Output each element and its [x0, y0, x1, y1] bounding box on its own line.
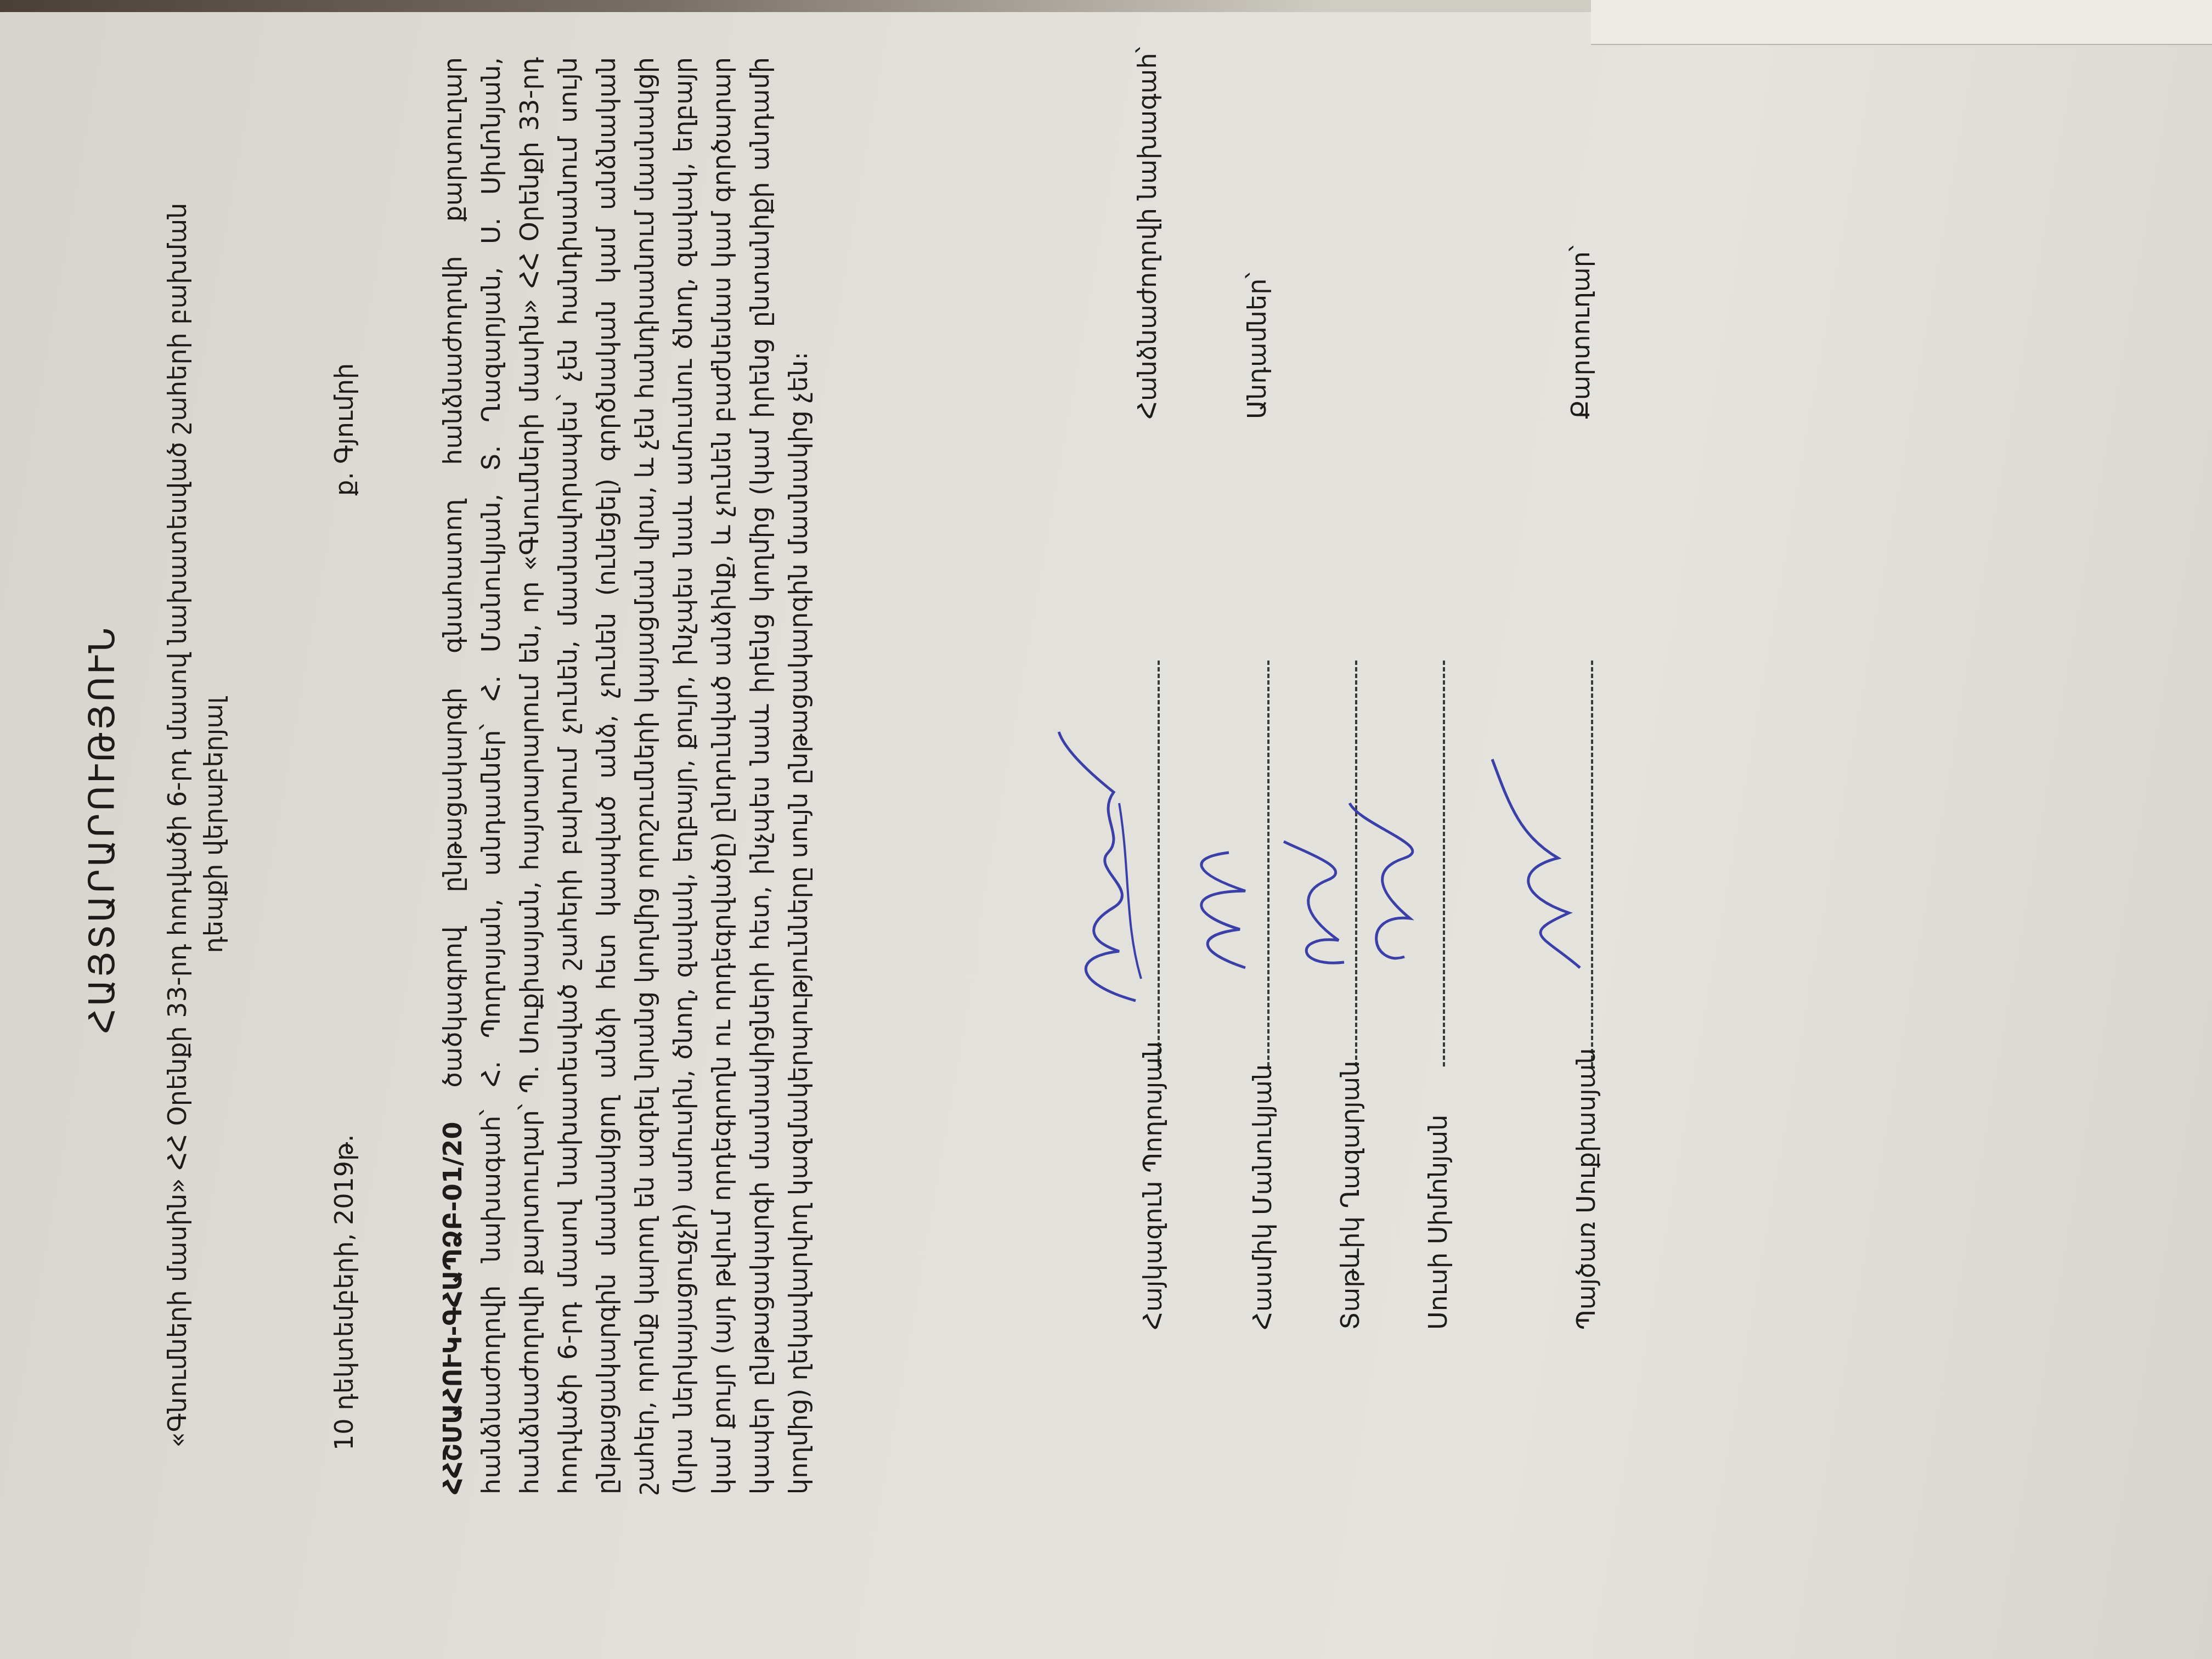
chair-name: Հայկազուն Պողոսյան	[1138, 1041, 1167, 1330]
signature-line	[1591, 661, 1593, 1066]
document-title: ՀԱՅՏԱՐԱՐՈՒԹՅՈՒՆ	[82, 0, 123, 1659]
reference-code: ՀՀՇՄԱՀՈՒԿ-ԳՀԱՊՁԲ-01/20	[438, 1122, 467, 1495]
subtitle-line-1: «Գնումների մասին» ՀՀ Օրենքի 33-րդ հոդված…	[159, 112, 195, 1538]
signature-chair	[1053, 726, 1158, 1034]
document-date: 10 դեկտեմբերի, 2019թ.	[329, 1134, 359, 1451]
announcement-page: ՀԱՅՏԱՐԱՐՈՒԹՅՈՒՆ «Գնումների մասին» ՀՀ Օրե…	[0, 0, 2212, 1659]
body-text: ծածկագրով ընթացակարգի գնահատող հանձնաժող…	[438, 57, 813, 1494]
secretary-name: Պայծառ Սուքիասյան	[1571, 1048, 1601, 1330]
subtitle-line-2: դեպքի վերաբերյալ	[195, 112, 232, 1538]
document-place: ք. Գյումրի	[329, 363, 359, 496]
members-label: Անդամներ՝	[1240, 35, 1274, 419]
document-subtitle: «Գնումների մասին» ՀՀ Օրենքի 33-րդ հոդված…	[159, 112, 232, 1538]
body-paragraph: ՀՀՇՄԱՀՈՒԿ-ԳՀԱՊՁԲ-01/20 ծածկագրով ընթացակ…	[433, 57, 817, 1494]
member-name-3: Սուսի Սիմոնյան	[1423, 1115, 1453, 1330]
signature-secretary	[1487, 726, 1591, 1034]
chair-label: Հանձնաժողովի նախագահ՝	[1130, 35, 1164, 419]
signature-member-3	[1339, 726, 1443, 1034]
member-name-1: Հասմիկ Մանուկյան	[1248, 1064, 1277, 1330]
member-name-2: Տաթևիկ Ղազարյան	[1335, 1060, 1365, 1330]
signature-line	[1443, 661, 1445, 1066]
secretary-label: Քարտուղար՝	[1564, 35, 1598, 419]
signature-line	[1158, 661, 1160, 1066]
